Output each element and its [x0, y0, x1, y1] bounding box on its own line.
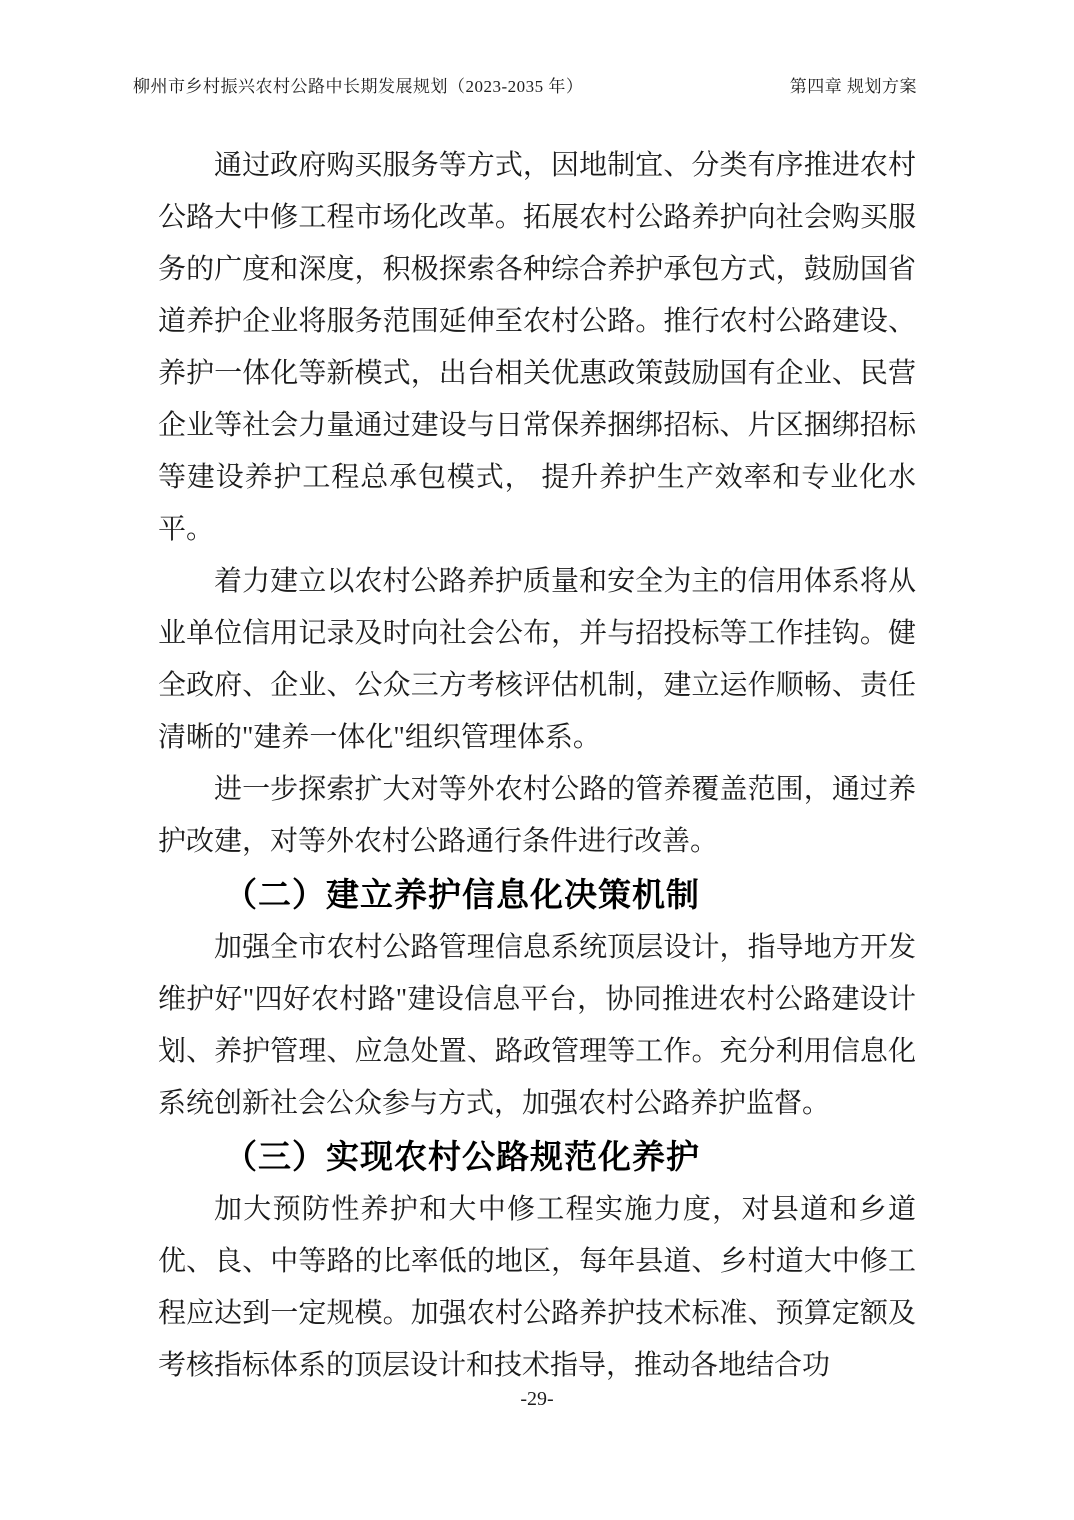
- body-paragraph: 通过政府购买服务等方式，因地制宜、分类有序推进农村公路大中修工程市场化改革。拓展…: [158, 140, 916, 556]
- section-heading: （三）实现农村公路规范化养护: [158, 1130, 916, 1184]
- page-number: -29-: [520, 1388, 553, 1410]
- page-footer: -29-: [0, 1388, 1074, 1411]
- header-chapter-title: 第四章 规划方案: [790, 72, 917, 97]
- document-page: { "header": { "left_title": "柳州市乡村振兴农村公路…: [0, 0, 1074, 1520]
- body-paragraph: 着力建立以农村公路养护质量和安全为主的信用体系将从业单位信用记录及时向社会公布，…: [158, 556, 916, 764]
- body-paragraph: 加大预防性养护和大中修工程实施力度，对县道和乡道优、良、中等路的比率低的地区，每…: [158, 1184, 916, 1392]
- header-doc-title: 柳州市乡村振兴农村公路中长期发展规划（2023-2035 年）: [133, 72, 583, 97]
- document-body: 通过政府购买服务等方式，因地制宜、分类有序推进农村公路大中修工程市场化改革。拓展…: [158, 140, 916, 1392]
- body-paragraph: 加强全市农村公路管理信息系统顶层设计，指导地方开发维护好"四好农村路"建设信息平…: [158, 922, 916, 1130]
- page-header: 柳州市乡村振兴农村公路中长期发展规划（2023-2035 年） 第四章 规划方案: [133, 72, 917, 97]
- body-paragraph: 进一步探索扩大对等外农村公路的管养覆盖范围，通过养护改建，对等外农村公路通行条件…: [158, 764, 916, 868]
- section-heading: （二）建立养护信息化决策机制: [158, 868, 916, 922]
